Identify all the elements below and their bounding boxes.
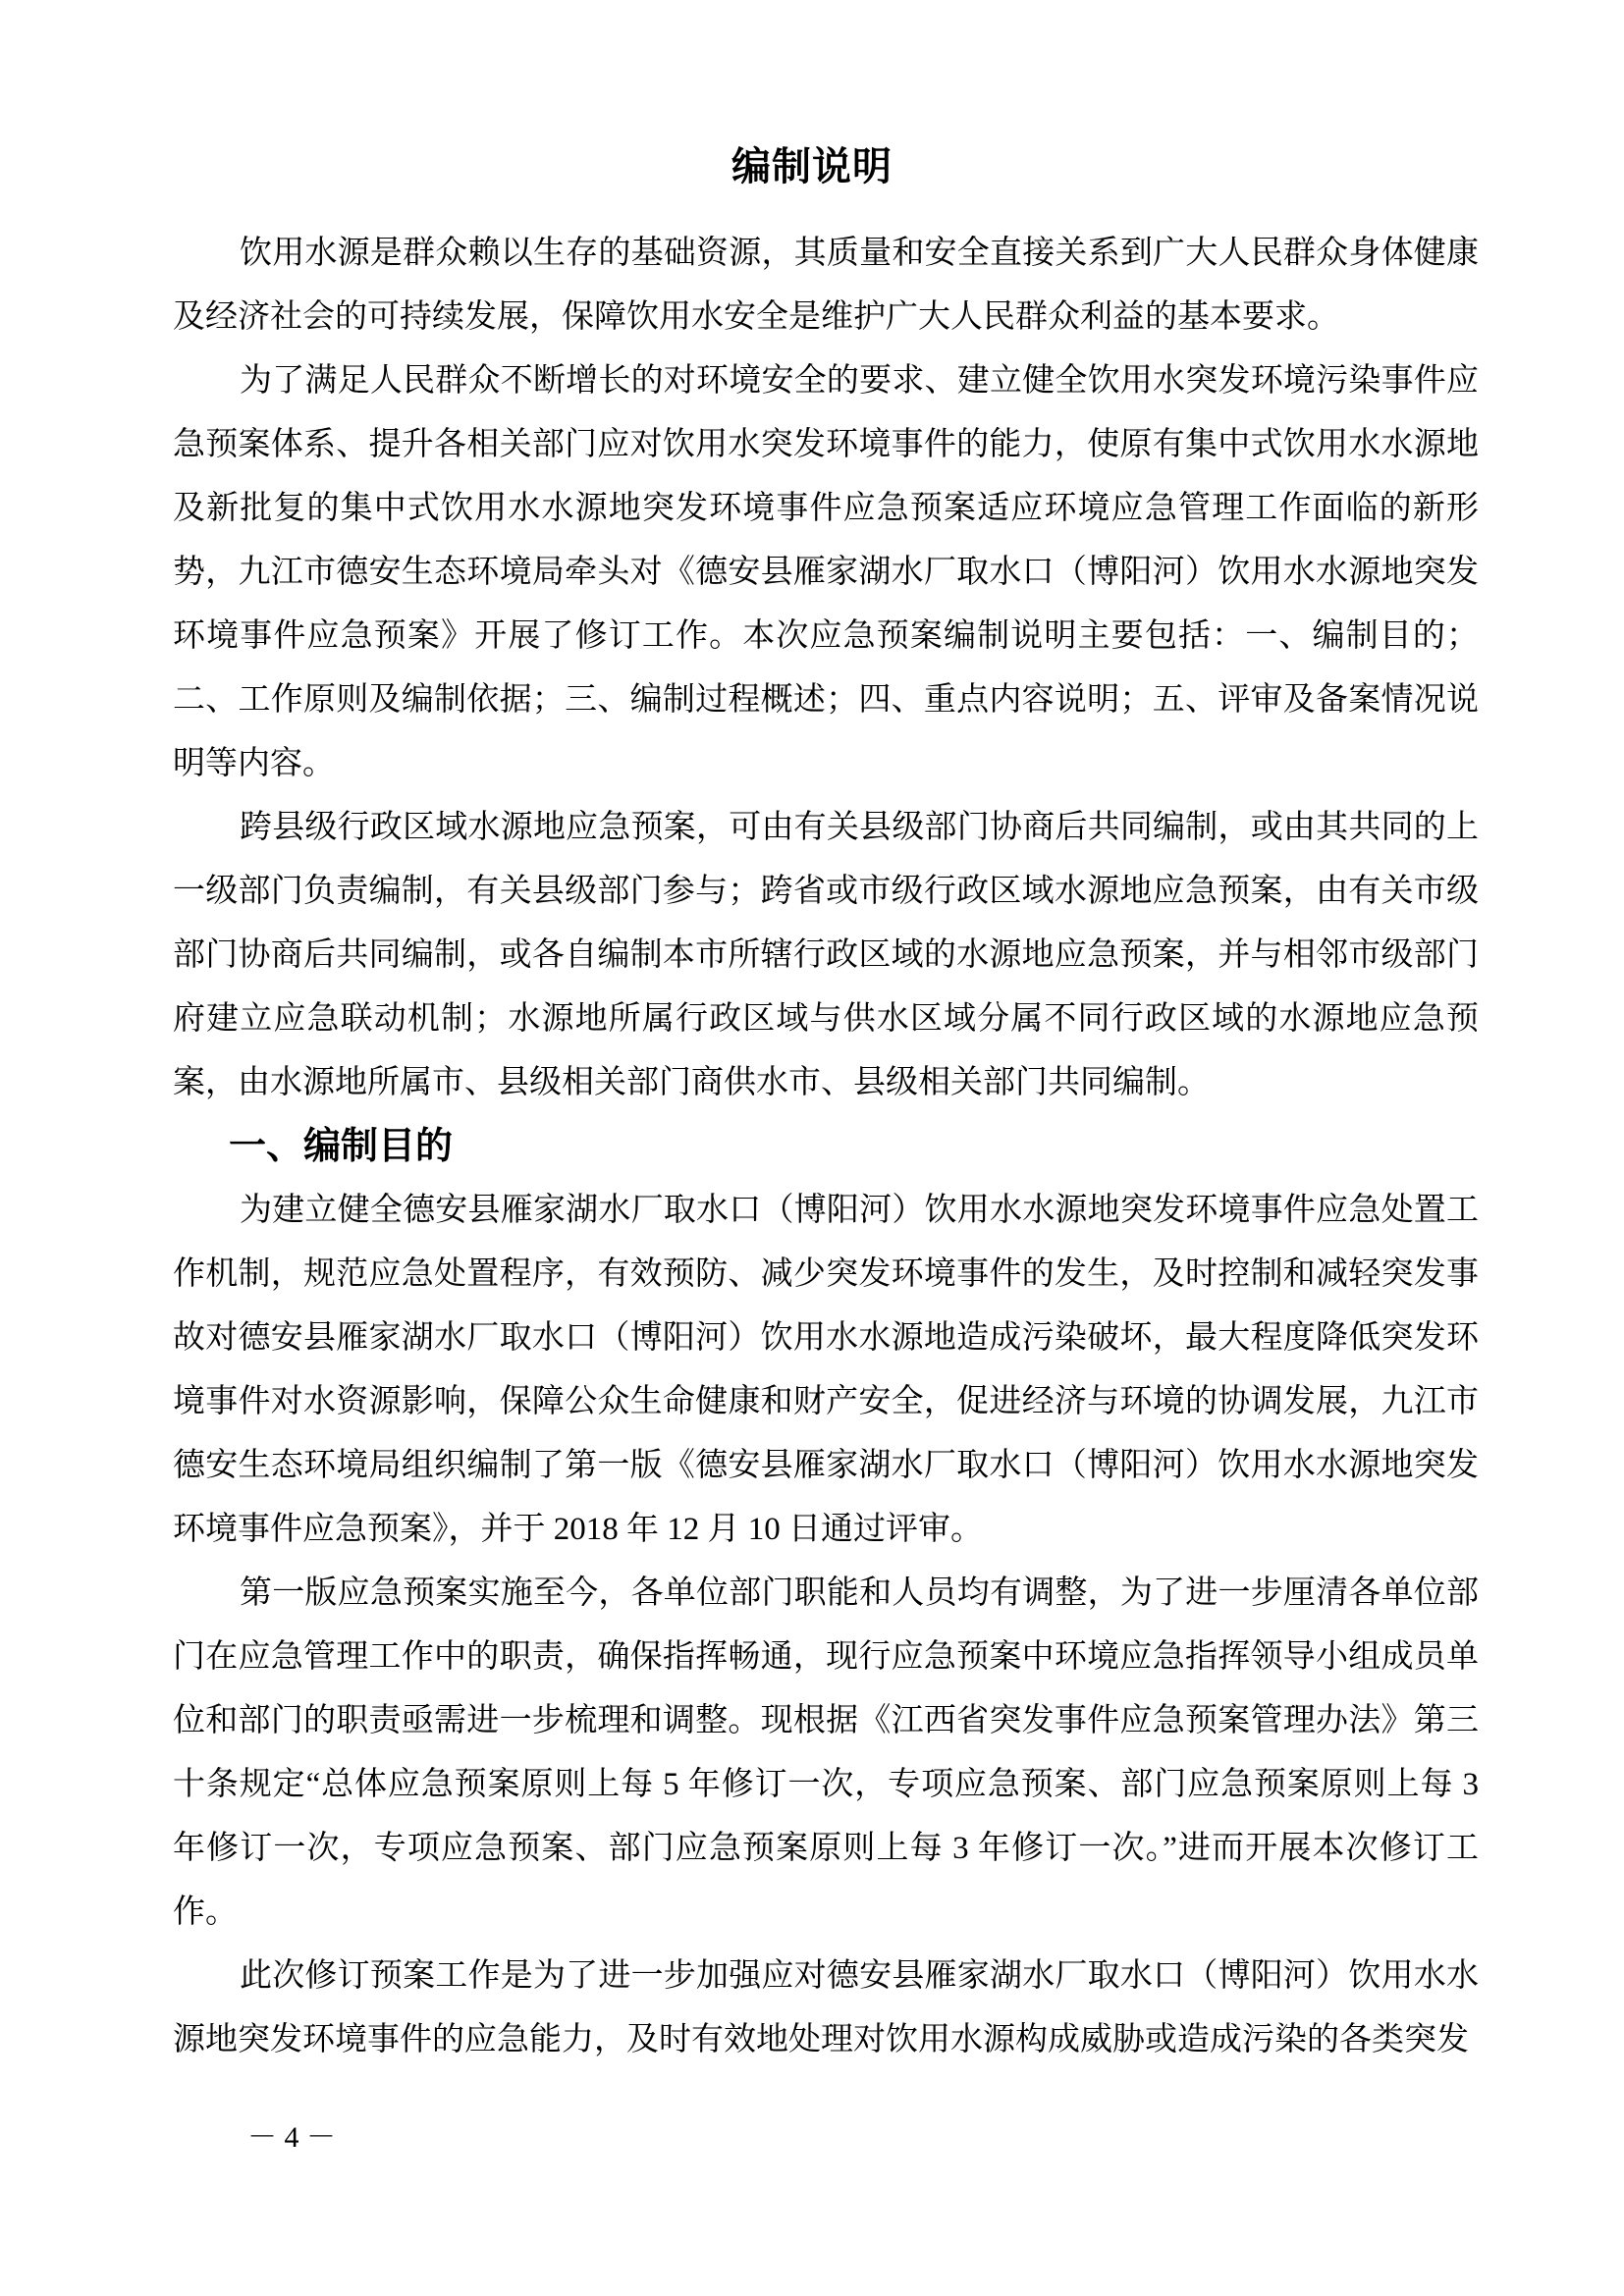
paragraph-cross-region-plans: 跨县级行政区域水源地应急预案，可由有关县级部门协商后共同编制，或由其共同的上一级… — [173, 796, 1479, 1115]
paragraph-revision-background: 为了满足人民群众不断增长的对环境安全的要求、建立健全饮用水突发环境污染事件应急预… — [173, 349, 1479, 796]
section-heading-compilation-purpose: 一、编制目的 — [173, 1115, 1479, 1179]
paragraph-first-edition-implementation: 第一版应急预案实施至今，各单位部门职能和人员均有调整，为了进一步厘清各单位部门在… — [173, 1562, 1479, 1945]
document-title: 编制说明 — [0, 0, 1624, 194]
page-number: － 4 － — [247, 2116, 336, 2160]
paragraph-intro-water-source: 饮用水源是群众赖以生存的基础资源，其质量和安全直接关系到广大人民群众身体健康及经… — [173, 222, 1479, 349]
paragraph-purpose-first-edition: 为建立健全德安县雁家湖水厂取水口（博阳河）饮用水水源地突发环境事件应急处置工作机… — [173, 1179, 1479, 1562]
document-page: 编制说明 饮用水源是群众赖以生存的基础资源，其质量和安全直接关系到广大人民群众身… — [0, 0, 1624, 2296]
paragraph-revision-goal: 此次修订预案工作是为了进一步加强应对德安县雁家湖水厂取水口（博阳河）饮用水水源地… — [173, 1945, 1479, 2072]
document-body: 饮用水源是群众赖以生存的基础资源，其质量和安全直接关系到广大人民群众身体健康及经… — [173, 222, 1479, 2072]
